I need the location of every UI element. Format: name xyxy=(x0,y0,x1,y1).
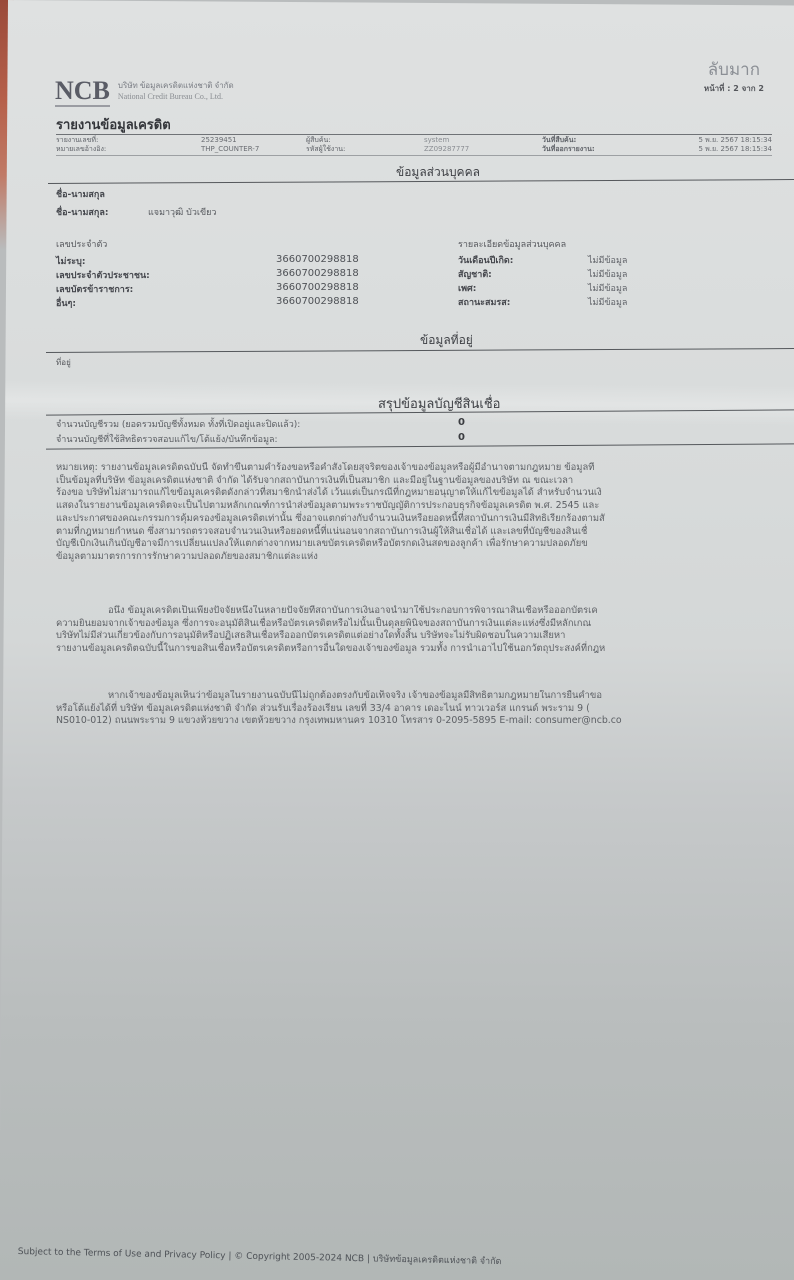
page-number: หน้าที่ : 2 จาก 2 xyxy=(704,82,764,95)
searcher-label: ผู้สืบค้น: xyxy=(306,136,424,145)
detail-label: สัญชาติ: xyxy=(458,267,492,281)
id-label: อื่นๆ: xyxy=(56,296,76,310)
section-title-personal: ข้อมูลส่วนบุคคล xyxy=(396,163,480,182)
ref-no: THP_COUNTER-7 xyxy=(201,145,306,154)
issue-date: 5 พ.ย. 2567 18:15:34 xyxy=(657,145,772,154)
note-line: ความยินยอมจากเจ้าของข้อมูล ซึ่งการจะอนุม… xyxy=(56,618,794,631)
summary-label: จำนวนบัญชีรวม (ยอดรวมบัญชีทั้งหมด ทั้งที… xyxy=(56,417,300,431)
address-label: ที่อยู่ xyxy=(56,356,71,369)
ncb-logo-mark: NCB xyxy=(55,78,110,107)
id-value: 3660700298818 xyxy=(276,296,359,307)
name-label: ชื่อ-นามสกุล: xyxy=(56,205,108,219)
note-line: บริษัทไม่มีส่วนเกี่ยวข้องกับการอนุมัติหร… xyxy=(56,630,794,643)
detail-value: ไม่มีข้อมูล xyxy=(588,267,627,281)
issue-date-label: วันที่ออกรายงาน: xyxy=(542,145,657,154)
note-line: ตามที่กฎหมายกำหนด ซึ่งสามารถตรวจสอบจำนวน… xyxy=(56,526,794,539)
detail-label: วันเดือนปีเกิด: xyxy=(458,253,513,267)
search-date: 5 พ.ย. 2567 18:15:34 xyxy=(657,136,772,145)
ncb-logo: NCB บริษัท ข้อมูลเครดิตแห่งชาติ จำกัด Na… xyxy=(55,78,234,107)
id-value: 3660700298818 xyxy=(276,268,359,279)
id-value: 3660700298818 xyxy=(276,254,359,265)
id-heading: เลขประจำตัว xyxy=(56,237,107,251)
search-date-label: วันที่สืบค้น: xyxy=(542,136,657,145)
company-name-en: National Credit Bureau Co., Ltd. xyxy=(118,91,234,102)
report-no-label: รายงานเลขที่: xyxy=(56,136,201,145)
confidential-stamp: ลับมาก xyxy=(708,56,760,83)
note-line: แสดงในรายงานข้อมูลเครดิตจะเป็นไปตามหลักเ… xyxy=(56,500,794,513)
details-heading: รายละเอียดข้อมูลส่วนบุคคล xyxy=(458,237,566,251)
id-label: เลขประจำตัวประชาชน: xyxy=(56,268,150,282)
detail-value: ไม่มีข้อมูล xyxy=(588,281,627,295)
note-paragraph-3: หากเจ้าของข้อมูลเห็นว่าข้อมูลในรายงานฉบั… xyxy=(56,690,794,728)
summary-value: 0 xyxy=(458,417,465,428)
note-line: เป็นข้อมูลที่บริษัท ข้อมูลเครดิตแห่งชาติ… xyxy=(56,475,794,488)
report-meta: รายงานเลขที่: 25239451 ผู้สืบค้น: system… xyxy=(56,134,772,156)
ref-no-label: หมายเลขอ้างอิง: xyxy=(56,145,201,154)
searcher: system xyxy=(424,136,542,145)
note-line: อนึ่ง ข้อมูลเครดิตเป็นเพียงปัจจัยหนึ่งใน… xyxy=(56,605,794,618)
note-line: ข้อมูลตามมาตรการการรักษาความปลอดภัยของสม… xyxy=(56,551,794,564)
id-value: 3660700298818 xyxy=(276,282,359,293)
note-line: หมายเหตุ: รายงานข้อมูลเครดิตฉบับนี้ จัดท… xyxy=(56,462,794,475)
note-line: หากเจ้าของข้อมูลเห็นว่าข้อมูลในรายงานฉบั… xyxy=(56,690,794,703)
summary-value: 0 xyxy=(458,432,465,443)
report-no: 25239451 xyxy=(201,136,306,145)
note-line: หรือโต้แย้งได้ที่ บริษัท ข้อมูลเครดิตแห่… xyxy=(56,703,794,716)
report-title: รายงานข้อมูลเครดิต xyxy=(56,114,171,135)
detail-value: ไม่มีข้อมูล xyxy=(588,295,627,309)
summary-label: จำนวนบัญชีที่ใช้สิทธิตรวจสอบแก้ไข/โต้แย้… xyxy=(56,432,278,446)
note-line: ร้องขอ บริษัทไม่สามารถแก้ไขข้อมูลเครดิตด… xyxy=(56,487,794,500)
note-line: รายงานข้อมูลเครดิตฉบับนี้ในการขอสินเชื่อ… xyxy=(56,643,794,656)
note-line: และประกาศของคณะกรรมการคุ้มครองข้อมูลเครด… xyxy=(56,513,794,526)
detail-label: เพศ: xyxy=(458,281,476,295)
name-value: แจมาวุฒิ บัวเขียว xyxy=(148,205,216,219)
detail-label: สถานะสมรส: xyxy=(458,295,510,309)
id-label: ไม่ระบุ: xyxy=(56,254,85,268)
note-paragraph-2: อนึ่ง ข้อมูลเครดิตเป็นเพียงปัจจัยหนึ่งใน… xyxy=(56,605,794,656)
name-heading: ชื่อ-นามสกุล xyxy=(56,187,105,201)
user-code: ZZ09287777 xyxy=(424,145,542,154)
user-code-label: รหัสผู้ใช้งาน: xyxy=(306,145,424,154)
note-line: บัญชีเบิกเงินเกินบัญชีอาจมีการเปลี่ยนแปล… xyxy=(56,538,794,551)
company-name-th: บริษัท ข้อมูลเครดิตแห่งชาติ จำกัด xyxy=(118,80,234,91)
note-paragraph-1: หมายเหตุ: รายงานข้อมูลเครดิตฉบับนี้ จัดท… xyxy=(56,462,794,564)
section-title-address: ข้อมูลที่อยู่ xyxy=(420,331,473,350)
note-line: NS010-012) ถนนพระราม 9 แขวงห้วยขวาง เขตห… xyxy=(56,715,794,728)
id-label: เลขบัตรข้าราชการ: xyxy=(56,282,133,296)
detail-value: ไม่มีข้อมูล xyxy=(588,253,627,267)
